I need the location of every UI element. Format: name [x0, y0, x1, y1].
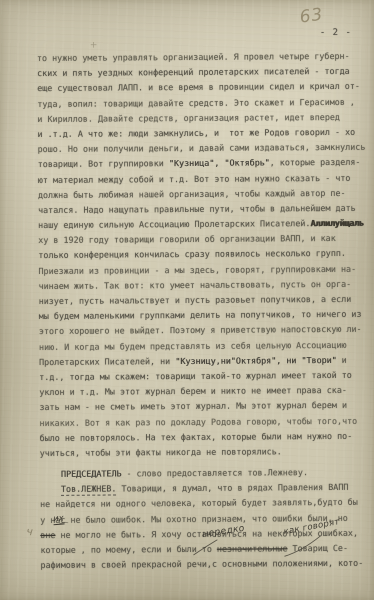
text-segment: рафимович в своей прекрасной речи,с осно…	[40, 558, 363, 570]
text-segment: мы будем маленькими группками делить на …	[39, 309, 362, 321]
text-line: было не повторялось. На тех фактах, кото…	[40, 428, 372, 446]
text-segment: было не повторялось. На тех фактах, кото…	[40, 431, 353, 443]
text-segment: этого хорошего не выйдет. Поэтому я прив…	[39, 324, 362, 336]
text-segment: чатался. Надо нащупать правильные пути, …	[38, 203, 356, 215]
text-line: и Кириллов. Давайте средств, организация…	[37, 109, 369, 127]
text-segment: рошо. Но они получили деньги, и давай са…	[38, 142, 366, 154]
text-segment: зать нам - не сметь иметь этот журнал. М…	[39, 400, 347, 412]
sheet-content: 63 - 2 - + то нужно уметь управлять орга…	[0, 0, 374, 600]
text-segment: - слово предоставляется тов.Лежневу.	[121, 467, 308, 478]
handwritten-folio-number: 63	[299, 5, 325, 28]
text-line: еще существовал ЛАПП. и все время в пров…	[37, 79, 369, 97]
text-line: должна быть любимая нашей организация, ч…	[38, 185, 370, 203]
text-segment: нашу единую сильную Ассоциацию Пролетарс…	[38, 218, 310, 230]
margin-pencil-mark: ч	[26, 525, 34, 539]
text-line: никаких. Вот я как раз по докладу Родова…	[39, 413, 371, 431]
text-segment: уклон и т.д. Мы этот журнал берем и никт…	[39, 385, 347, 397]
text-line: не найдется ни одного человека, который …	[40, 495, 372, 513]
text-segment: которые , по моему, если и были то	[40, 544, 217, 555]
text-segment: ют материал между собой и т.д. Вот это н…	[38, 172, 351, 184]
text-segment-heavy: "Кузница", "Октябрь"	[169, 158, 270, 169]
text-segment-dashedname: Тов.ЛЕЖНЕВ.	[61, 484, 117, 496]
text-segment: чинаем жить. Так вот: кто умеет начальст…	[39, 279, 352, 291]
typewritten-text-block: то нужно уметь управлять организацией. Я…	[37, 49, 373, 574]
text-segment: нию. И когда мы будем представлять из се…	[39, 339, 347, 351]
text-segment: товарищи. Вот группировки	[38, 158, 169, 169]
text-segment: Пролетарских Писателей, ни	[39, 356, 175, 367]
text-segment: туда, вопил: товарищи давайте средств. Э…	[37, 96, 355, 108]
text-segment: Приезжали из провинции - а мы здесь, гов…	[38, 263, 356, 275]
scanned-document-page: 63 - 2 - + то нужно уметь управлять орга…	[0, 0, 374, 600]
text-segment-overstruck: Аллилуйщаль	[310, 218, 363, 228]
text-line: учиться, чтобы эти факты никогда не повт…	[40, 444, 372, 462]
text-segment: еще существовал ЛАПП. и все время в пров…	[37, 81, 360, 93]
text-line: нию. И когда мы будем представлять из се…	[39, 337, 371, 355]
text-segment: Товарищ Се-	[287, 543, 348, 553]
text-segment: и Кириллов. Давайте средств, организация…	[37, 112, 340, 124]
text-segment: учиться, чтобы эти факты никогда не повт…	[40, 446, 282, 458]
text-segment-heavy: ПРЕДСЕДАТЕЛЬ	[61, 469, 122, 479]
handwritten-insertion-their: их	[53, 513, 64, 525]
text-segment-strike: незначительные	[217, 543, 288, 553]
text-segment: никаких. Вот я как раз по докладу Родова…	[39, 415, 357, 427]
text-segment-strike: вне	[40, 530, 55, 540]
text-segment: только конференция кончилась сразу появи…	[38, 248, 346, 260]
pencil-smudge-mark: +	[90, 41, 98, 51]
text-line: рафимович в своей прекрасной речи,с осно…	[40, 556, 372, 574]
page-number: - 2 -	[320, 28, 352, 38]
text-line: товарищи. Вот группировки "Кузница", "Ок…	[38, 155, 370, 173]
text-segment: Товарищи, я думал, что в рядах Правления…	[116, 482, 348, 494]
text-segment: не найдется ни одного человека, который …	[40, 497, 358, 509]
text-segment: низует, пусть начальствует и пусть разов…	[39, 294, 352, 306]
text-segment: ских и пять уездных конференций пролетар…	[37, 66, 350, 78]
text-segment-heavy: "Кузницу,ни"Октября", ни "Твори"	[175, 355, 336, 366]
text-segment: , которые разделя-	[270, 157, 361, 168]
text-segment: должна быть любимая нашей организация, ч…	[38, 188, 346, 200]
text-line: Приезжали из провинции - а мы здесь, гов…	[38, 261, 370, 279]
text-segment: и	[337, 355, 347, 365]
text-segment: то нужно уметь управлять организацией. Я…	[37, 51, 350, 63]
text-segment: т.д., тогда мы скажем: товарищи такой-то…	[39, 370, 352, 382]
text-segment: ху в 1920 году товарищи говорили об орга…	[38, 233, 336, 245]
text-segment: и .т.д. А что же: люди замкнулись, и тот…	[37, 127, 355, 139]
